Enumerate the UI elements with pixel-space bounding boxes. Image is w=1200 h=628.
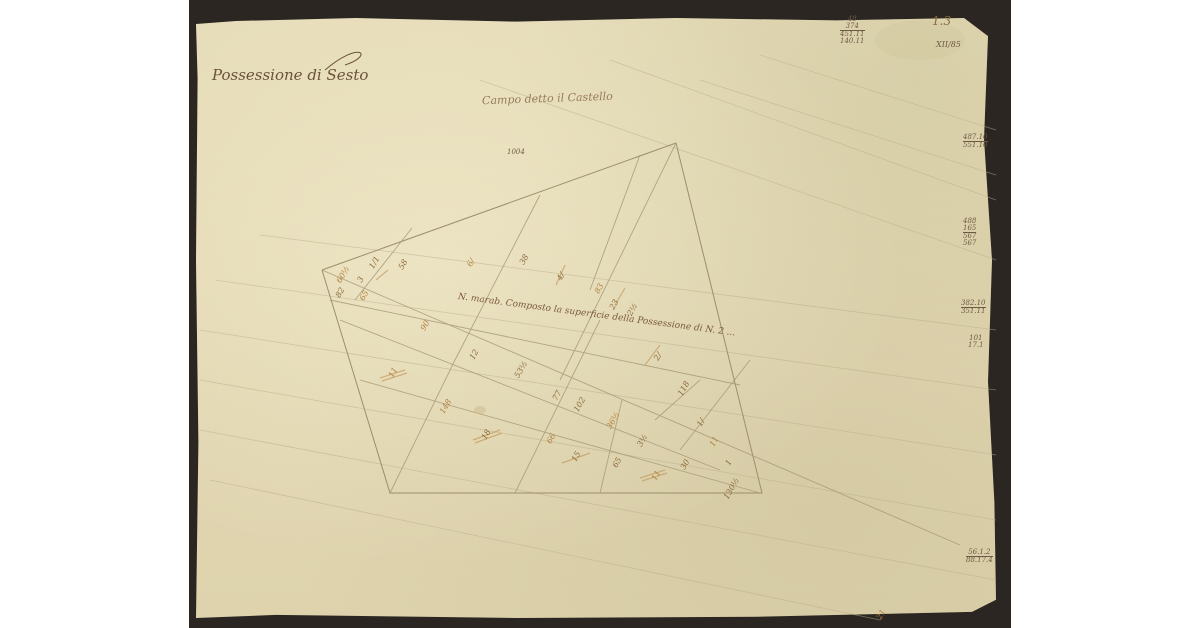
margin-calc-1: 487.10 551.10 bbox=[963, 134, 988, 149]
margin-calc-2: 488 165 567 567 bbox=[963, 218, 976, 247]
calc-line: 487.10 bbox=[963, 134, 988, 141]
stain bbox=[474, 406, 486, 414]
calc-line: 567 bbox=[963, 240, 976, 247]
margin-calc-3: 382.10 351.11 bbox=[961, 300, 986, 315]
calc-line: 140.11 bbox=[840, 38, 865, 45]
margin-calc-5: 56.1.2 88.17.4 bbox=[966, 549, 993, 564]
calc-line: 382.10 bbox=[961, 300, 986, 307]
reference-number: XII/85 bbox=[936, 40, 961, 49]
margin-calc-4: 101 17.1 bbox=[968, 335, 984, 349]
calc-line: 17.1 bbox=[968, 342, 984, 349]
page-number: 1.3 bbox=[932, 14, 951, 28]
plot-divisions bbox=[322, 143, 960, 545]
corner-calculation: 48 374 451.11 140.11 bbox=[840, 16, 865, 45]
area-number: 1004 bbox=[507, 148, 525, 156]
ruling-lines bbox=[200, 55, 996, 620]
calc-line: 374 bbox=[840, 23, 865, 30]
calc-line: 165 bbox=[963, 225, 976, 232]
calc-line: 56.1.2 bbox=[966, 549, 993, 556]
calc-line: 351.11 bbox=[961, 307, 986, 315]
calc-line: 88.17.4 bbox=[966, 556, 993, 564]
calc-line: 551.10 bbox=[963, 141, 988, 149]
map-title: Possessione di Sesto bbox=[212, 66, 368, 84]
